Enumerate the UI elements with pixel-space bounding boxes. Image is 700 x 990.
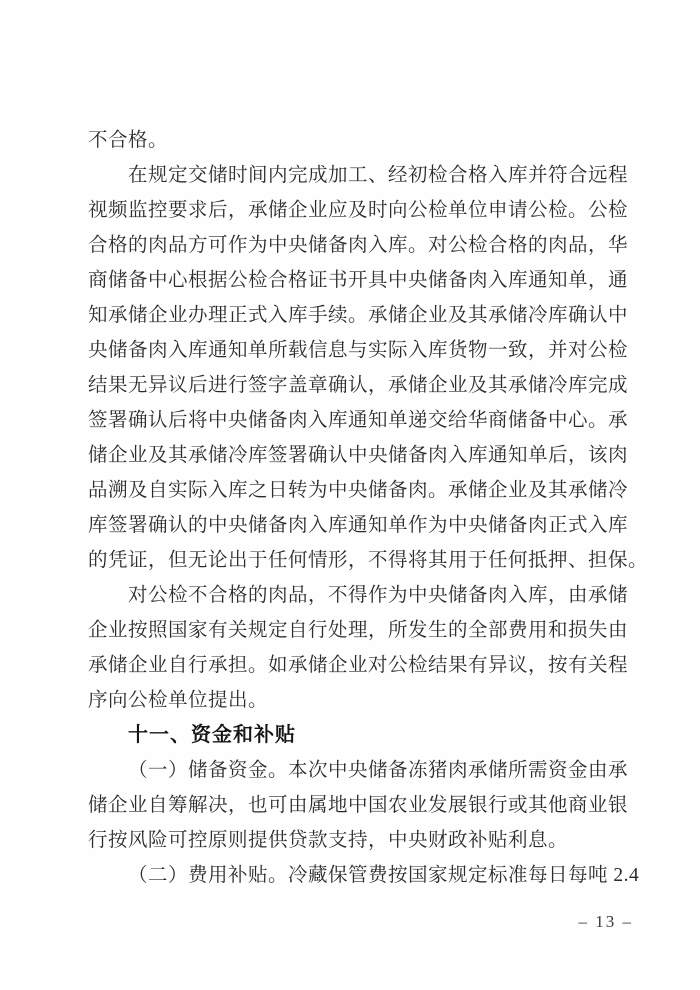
text-line: 知承储企业办理正式入库手续。承储企业及其承储冷库确认中 xyxy=(88,298,616,333)
text-line: 在规定交储时间内完成加工、经初检合格入库并符合远程 xyxy=(88,158,616,193)
section-heading: 十一、资金和补贴 xyxy=(88,718,616,753)
text-line: 签署确认后将中央储备肉入库通知单递交给华商储备中心。承 xyxy=(88,403,616,438)
text-line: 储企业自筹解决，也可由属地中国农业发展银行或其他商业银 xyxy=(88,788,616,823)
text-line: （一）储备资金。本次中央储备冻猪肉承储所需资金由承 xyxy=(88,753,616,788)
text-line: 视频监控要求后，承储企业应及时向公检单位申请公检。公检 xyxy=(88,193,616,228)
text-line: 商储备中心根据公检合格证书开具中央储备肉入库通知单，通 xyxy=(88,263,616,298)
text-line: 行按风险可控原则提供贷款支持，中央财政补贴利息。 xyxy=(88,823,616,858)
text-line: 合格的肉品方可作为中央储备肉入库。对公检合格的肉品，华 xyxy=(88,228,616,263)
text-line: 的凭证，但无论出于任何情形，不得将其用于任何抵押、担保。 xyxy=(88,543,616,578)
text-line: 储企业及其承储冷库签署确认中央储备肉入库通知单后，该肉 xyxy=(88,438,616,473)
text-line: 央储备肉入库通知单所载信息与实际入库货物一致，并对公检 xyxy=(88,333,616,368)
text-line: 品溯及自实际入库之日转为中央储备肉。承储企业及其承储冷 xyxy=(88,473,616,508)
page-number: – 13 – xyxy=(579,910,634,934)
document-page: 不合格。 在规定交储时间内完成加工、经初检合格入库并符合远程 视频监控要求后，承… xyxy=(0,0,700,990)
document-body: 不合格。 在规定交储时间内完成加工、经初检合格入库并符合远程 视频监控要求后，承… xyxy=(88,123,616,893)
text-line: 库签署确认的中央储备肉入库通知单作为中央储备肉正式入库 xyxy=(88,508,616,543)
text-line: 序向公检单位提出。 xyxy=(88,683,616,718)
text-line: 结果无异议后进行签字盖章确认，承储企业及其承储冷库完成 xyxy=(88,368,616,403)
text-line: 不合格。 xyxy=(88,123,616,158)
text-line: （二）费用补贴。冷藏保管费按国家规定标准每日每吨 2.4 xyxy=(88,858,616,893)
text-line: 对公检不合格的肉品，不得作为中央储备肉入库，由承储 xyxy=(88,578,616,613)
text-line: 承储企业自行承担。如承储企业对公检结果有异议，按有关程 xyxy=(88,648,616,683)
text-line: 企业按照国家有关规定自行处理，所发生的全部费用和损失由 xyxy=(88,613,616,648)
